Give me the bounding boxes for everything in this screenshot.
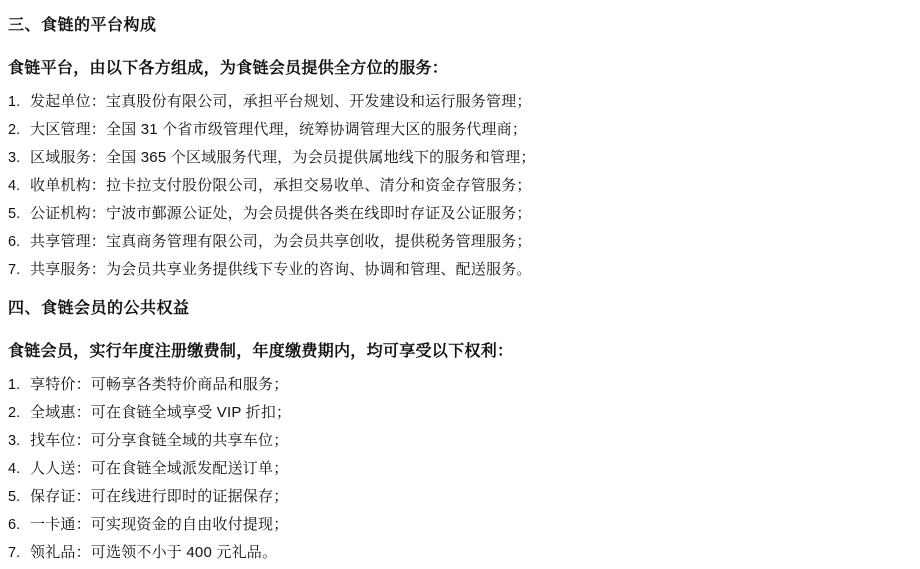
list-item-number: 5. (8, 200, 30, 228)
document-section: 三、食链的平台构成 食链平台，由以下各方组成，为食链会员提供全方位的服务： 1.… (8, 15, 902, 284)
list-item: 7. 领礼品：可选领不小于 400 元礼品。 (8, 539, 902, 567)
list-item: 6. 共享管理：宝真商务管理有限公司，为会员共享创收，提供税务管理服务； (8, 228, 902, 256)
list-item-number: 2. (8, 399, 30, 427)
section-list: 1. 享特价：可畅享各类特价商品和服务； 2. 全域惠：可在食链全域享受 VIP… (8, 371, 902, 567)
document-section: 四、食链会员的公共权益 食链会员，实行年度注册缴费制，年度缴费期内，均可享受以下… (8, 298, 902, 567)
document-body: 三、食链的平台构成 食链平台，由以下各方组成，为食链会员提供全方位的服务： 1.… (0, 0, 920, 567)
section-intro: 食链平台，由以下各方组成，为食链会员提供全方位的服务： (8, 58, 902, 80)
list-item-number: 1. (8, 371, 30, 399)
list-item: 4. 人人送：可在食链全域派发配送订单； (8, 455, 902, 483)
list-item-text: 收单机构：拉卡拉支付股份限公司，承担交易收单、清分和资金存管服务； (30, 172, 902, 200)
list-item-text: 全域惠：可在食链全域享受 VIP 折扣； (30, 399, 902, 427)
list-item: 3. 区域服务：全国 365 个区域服务代理，为会员提供属地线下的服务和管理； (8, 144, 902, 172)
list-item: 5. 公证机构：宁波市鄞源公证处，为会员提供各类在线即时存证及公证服务； (8, 200, 902, 228)
list-item: 4. 收单机构：拉卡拉支付股份限公司，承担交易收单、清分和资金存管服务； (8, 172, 902, 200)
list-item-number: 6. (8, 228, 30, 256)
list-item-text: 公证机构：宁波市鄞源公证处，为会员提供各类在线即时存证及公证服务； (30, 200, 902, 228)
list-item: 1. 发起单位：宝真股份有限公司，承担平台规划、开发建设和运行服务管理； (8, 88, 902, 116)
list-item: 7. 共享服务：为会员共享业务提供线下专业的咨询、协调和管理、配送服务。 (8, 256, 902, 284)
list-item: 5. 保存证：可在线进行即时的证据保存； (8, 483, 902, 511)
list-item-number: 4. (8, 455, 30, 483)
list-item-number: 6. (8, 511, 30, 539)
list-item-number: 3. (8, 427, 30, 455)
list-item-text: 找车位：可分享食链全域的共享车位； (30, 427, 902, 455)
section-list: 1. 发起单位：宝真股份有限公司，承担平台规划、开发建设和运行服务管理； 2. … (8, 88, 902, 284)
list-item: 6. 一卡通：可实现资金的自由收付提现； (8, 511, 902, 539)
list-item-text: 一卡通：可实现资金的自由收付提现； (30, 511, 902, 539)
list-item-number: 1. (8, 88, 30, 116)
list-item-text: 区域服务：全国 365 个区域服务代理，为会员提供属地线下的服务和管理； (30, 144, 902, 172)
list-item-number: 4. (8, 172, 30, 200)
list-item-text: 大区管理：全国 31 个省市级管理代理，统筹协调管理大区的服务代理商； (30, 116, 902, 144)
list-item-text: 共享管理：宝真商务管理有限公司，为会员共享创收，提供税务管理服务； (30, 228, 902, 256)
list-item-text: 共享服务：为会员共享业务提供线下专业的咨询、协调和管理、配送服务。 (30, 256, 902, 284)
section-heading: 三、食链的平台构成 (8, 15, 902, 37)
list-item: 3. 找车位：可分享食链全域的共享车位； (8, 427, 902, 455)
list-item: 2. 全域惠：可在食链全域享受 VIP 折扣； (8, 399, 902, 427)
list-item-text: 发起单位：宝真股份有限公司，承担平台规划、开发建设和运行服务管理； (30, 88, 902, 116)
list-item-number: 7. (8, 256, 30, 284)
list-item-number: 3. (8, 144, 30, 172)
list-item-text: 保存证：可在线进行即时的证据保存； (30, 483, 902, 511)
list-item-number: 7. (8, 539, 30, 567)
list-item: 1. 享特价：可畅享各类特价商品和服务； (8, 371, 902, 399)
list-item: 2. 大区管理：全国 31 个省市级管理代理，统筹协调管理大区的服务代理商； (8, 116, 902, 144)
list-item-number: 2. (8, 116, 30, 144)
list-item-text: 人人送：可在食链全域派发配送订单； (30, 455, 902, 483)
section-heading: 四、食链会员的公共权益 (8, 298, 902, 320)
list-item-text: 领礼品：可选领不小于 400 元礼品。 (30, 539, 902, 567)
section-intro: 食链会员，实行年度注册缴费制，年度缴费期内，均可享受以下权利： (8, 341, 902, 363)
list-item-text: 享特价：可畅享各类特价商品和服务； (30, 371, 902, 399)
list-item-number: 5. (8, 483, 30, 511)
